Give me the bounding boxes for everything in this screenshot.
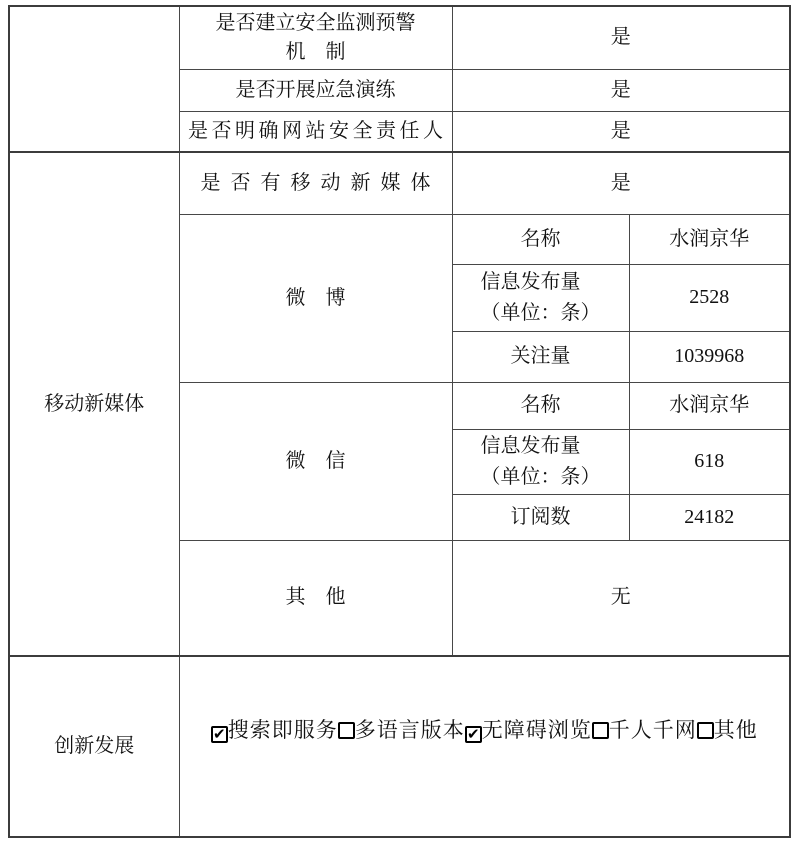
label-line: 是否建立安全监测预警: [180, 9, 452, 38]
mobile-media-section-label: 移动新媒体: [9, 152, 179, 656]
wechat-name-value-cell: 水润京华: [629, 382, 790, 429]
wechat-subscribers-value-cell: 24182: [629, 494, 790, 540]
innovation-section-label: 创新发展: [9, 656, 179, 837]
checkbox-5-unchecked[interactable]: [697, 722, 714, 739]
has-mobile-media-label-cell: 是否有移动新媒体: [179, 152, 452, 214]
weibo-label-cell: 微 博: [179, 214, 452, 382]
emergency-drill-value-cell: 是: [452, 69, 790, 111]
other-media-label-cell: 其 他: [179, 540, 452, 656]
weibo-followers-value-cell: 1039968: [629, 331, 790, 382]
wechat-posts-label-cell: 信息发布量 （单位：条）: [452, 429, 629, 494]
label-line: 信息发布量: [481, 267, 601, 298]
annual-report-table: 是否建立安全监测预警 机 制 是 是否开展应急演练 是 是否明确网站安全责任人 …: [8, 5, 791, 838]
security-owner-label-cell: 是否明确网站安全责任人: [179, 111, 452, 152]
checkbox-1-checked[interactable]: ✔: [211, 726, 228, 743]
checkbox-label: 千人千网: [609, 718, 697, 742]
weibo-name-value-cell: 水润京华: [629, 214, 790, 264]
checkbox-label: 多语言版本: [355, 718, 465, 742]
checkbox-2-unchecked[interactable]: [338, 722, 355, 739]
security-monitor-label-cell: 是否建立安全监测预警 机 制: [179, 6, 452, 69]
page: 是否建立安全监测预警 机 制 是 是否开展应急演练 是 是否明确网站安全责任人 …: [0, 0, 800, 843]
table-row: 创新发展 ✔搜索即服务多语言版本✔无障碍浏览千人千网其他: [9, 656, 790, 837]
innovation-options: ✔搜索即服务多语言版本✔无障碍浏览千人千网其他: [180, 716, 790, 746]
checkbox-label: 搜索即服务: [228, 718, 338, 742]
wechat-name-label-cell: 名称: [452, 382, 629, 429]
wechat-posts-label: 信息发布量 （单位：条）: [481, 431, 601, 493]
wechat-posts-value-cell: 618: [629, 429, 790, 494]
weibo-posts-value-cell: 2528: [629, 264, 790, 331]
weibo-posts-label: 信息发布量 （单位：条）: [481, 267, 601, 329]
table-row: 移动新媒体 是否有移动新媒体 是: [9, 152, 790, 214]
checkbox-label: 其他: [714, 718, 758, 742]
empty-section-cell: [9, 6, 179, 152]
has-mobile-media-value-cell: 是: [452, 152, 790, 214]
checkbox-4-unchecked[interactable]: [592, 722, 609, 739]
checkbox-3-checked[interactable]: ✔: [465, 726, 482, 743]
innovation-options-cell: ✔搜索即服务多语言版本✔无障碍浏览千人千网其他: [179, 656, 790, 837]
checkbox-label: 无障碍浏览: [482, 718, 592, 742]
weibo-name-label-cell: 名称: [452, 214, 629, 264]
wechat-label-cell: 微 信: [179, 382, 452, 540]
label-line: （单位：条）: [481, 298, 601, 329]
emergency-drill-label-cell: 是否开展应急演练: [179, 69, 452, 111]
weibo-followers-label-cell: 关注量: [452, 331, 629, 382]
other-media-value-cell: 无: [452, 540, 790, 656]
label-line: 信息发布量: [481, 431, 601, 462]
table-row: 是否建立安全监测预警 机 制 是: [9, 6, 790, 69]
security-monitor-value-cell: 是: [452, 6, 790, 69]
weibo-posts-label-cell: 信息发布量 （单位：条）: [452, 264, 629, 331]
label-line: （单位：条）: [481, 462, 601, 493]
security-owner-value-cell: 是: [452, 111, 790, 152]
wechat-subscribers-label-cell: 订阅数: [452, 494, 629, 540]
label-line: 机 制: [180, 38, 452, 67]
